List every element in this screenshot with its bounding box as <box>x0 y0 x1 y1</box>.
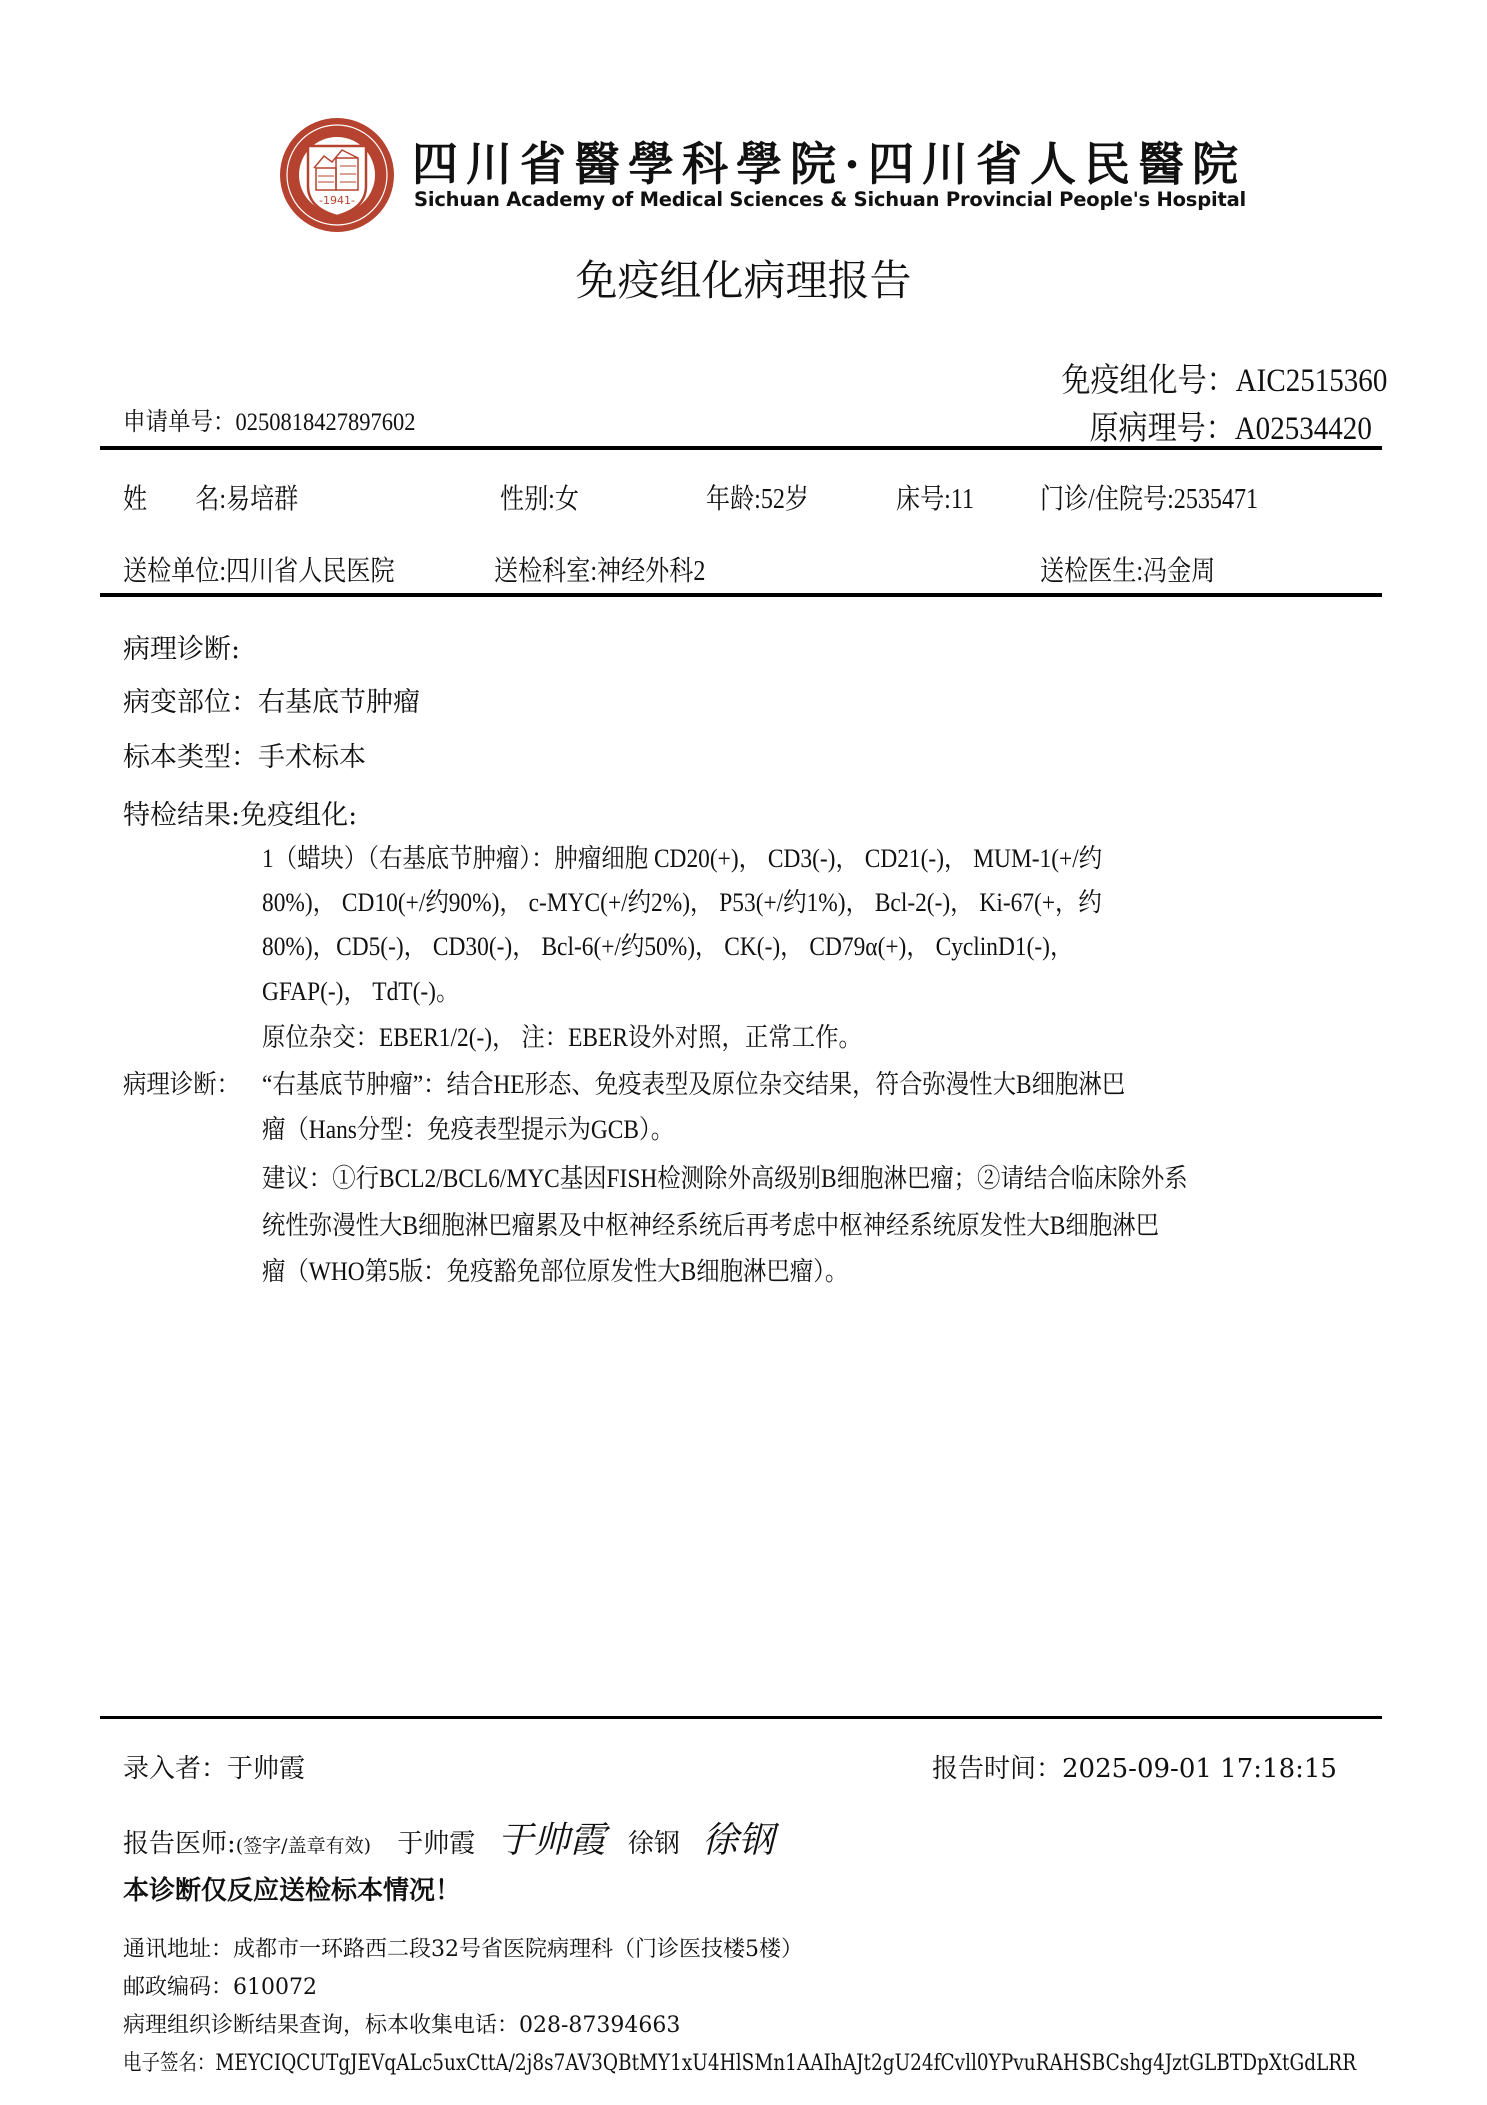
report-time: 2025-09-01 17:18:15 <box>1062 1754 1337 1784</box>
entered-by-label: 录入者： <box>123 1754 227 1784</box>
divider <box>100 446 1382 450</box>
lesion-site: 右基底节肿瘤 <box>258 687 420 718</box>
ihc-number: 免疫组化号：AIC2515360 <box>1061 354 1387 401</box>
reporting-doctor-field: 报告医师:(签字/盖章有效) 于帅霞 于帅霞 徐钢 徐钢 <box>123 1812 774 1863</box>
submitting-dept-field: 送检科室:神经外科2 <box>494 549 705 589</box>
specimen-type-field: 标本类型：手术标本 <box>123 735 366 774</box>
ihc-result-line: 1（蜡块）（右基底节肿瘤）：肿瘤细胞 CD20(+)， CD3(-)， CD21… <box>262 838 1102 875</box>
pathology-diagnosis-line: 瘤（Hans分型：免疫表型提示为GCB）。 <box>262 1109 674 1146</box>
svg-text:-1941-: -1941- <box>319 194 355 207</box>
dept-label: 送检科室: <box>494 556 597 587</box>
patient-name-field: 姓 名:易培群 <box>123 477 298 517</box>
handwritten-signature-1: 于帅霞 <box>498 1820 606 1861</box>
ihc-result-line: GFAP(-)， TdT(-)。 <box>262 971 459 1008</box>
divider <box>100 593 1382 597</box>
patient-name-label: 姓 名: <box>123 484 226 515</box>
special-test-value: 免疫组化: <box>240 800 357 831</box>
handwritten-signature-2: 徐钢 <box>702 1820 774 1861</box>
patient-age: 52岁 <box>761 484 809 515</box>
specimen-type: 手术标本 <box>258 742 366 773</box>
divider <box>100 1716 1382 1719</box>
patient-name: 易培群 <box>226 484 298 515</box>
admission-label: 门诊/住院号: <box>1040 484 1174 515</box>
entered-by: 于帅霞 <box>227 1754 305 1784</box>
contact-address: 通讯地址：成都市一环路西二段32号省医院病理科（门诊医技楼5楼） <box>123 1932 803 1963</box>
pathology-diagnosis-label: 病理诊断： <box>123 1064 240 1101</box>
entered-by-field: 录入者：于帅霞 <box>123 1748 305 1785</box>
lesion-site-field: 病变部位：右基底节肿瘤 <box>123 680 420 719</box>
age-label: 年龄: <box>706 484 761 515</box>
in-situ-hybridization-result: 原位杂交：EBER1/2(-)， 注：EBER设外对照，正常工作。 <box>262 1017 862 1054</box>
advice-line: 建议：①行BCL2/BCL6/MYC基因FISH检测除外高级别B细胞淋巴瘤；②请… <box>262 1158 1188 1195</box>
lesion-site-label: 病变部位： <box>123 687 258 718</box>
submitting-dept: 神经外科2 <box>597 556 705 587</box>
reporting-doctor-2: 徐钢 <box>628 1829 680 1859</box>
special-test-label: 特检结果: <box>123 800 240 831</box>
disclaimer: 本诊断仅反应送检标本情况！ <box>123 1870 461 1907</box>
unit-label: 送检单位: <box>123 556 226 587</box>
report-title: 免疫组化病理报告 <box>0 248 1487 308</box>
electronic-signature: 电子签名：MEYCIQCUTgJEVqALc5uxCttA/2j8s7AV3QB… <box>123 2046 1356 2077</box>
advice-line: 统性弥漫性大B细胞淋巴瘤累及中枢神经系统后再考虑中枢神经系统原发性大B细胞淋巴 <box>262 1205 1159 1242</box>
original-pathology-number: 原病理号：A02534420 <box>1090 402 1372 449</box>
organization-name-chinese: 四川省醫學科學院·四川省人民醫院 <box>412 128 1246 194</box>
ihc-result-line: 80%)，CD5(-)， CD30(-)， Bcl-6(+/约50%)， CK(… <box>262 926 1073 963</box>
hospital-emblem-logo: -1941- <box>278 116 396 234</box>
specimen-type-label: 标本类型： <box>123 742 258 773</box>
patient-sex: 女 <box>555 484 579 515</box>
reporting-doctor-1: 于帅霞 <box>397 1829 475 1859</box>
report-time-label: 报告时间： <box>932 1754 1062 1784</box>
request-number: 申请单号：0250818427897602 <box>123 402 416 438</box>
pathology-diagnosis-line: “右基底节肿瘤”：结合HE形态、免疫表型及原位杂交结果，符合弥漫性大B细胞淋巴 <box>262 1064 1125 1101</box>
organization-name-english: Sichuan Academy of Medical Sciences & Si… <box>414 188 1246 211</box>
bed-label: 床号: <box>896 484 951 515</box>
reporting-doctor-label: 报告医师: <box>123 1829 236 1859</box>
patient-sex-field: 性别:女 <box>500 477 579 517</box>
doctor-label: 送检医生: <box>1040 556 1143 587</box>
ihc-result-line: 80%)， CD10(+/约90%)， c-MYC(+/约2%)， P53(+/… <box>262 882 1102 919</box>
report-time-field: 报告时间：2025-09-01 17:18:15 <box>932 1748 1337 1785</box>
submitting-doctor: 冯金周 <box>1143 556 1215 587</box>
postcode: 邮政编码：610072 <box>123 1970 317 2001</box>
diagnosis-heading: 病理诊断: <box>123 627 240 666</box>
inquiry-phone: 病理组织诊断结果查询，标本收集电话：028-87394663 <box>123 2008 680 2039</box>
submitting-doctor-field: 送检医生:冯金周 <box>1040 549 1215 589</box>
admission-number-field: 门诊/住院号:2535471 <box>1040 477 1258 517</box>
advice-line: 瘤（WHO第5版：免疫豁免部位原发性大B细胞淋巴瘤）。 <box>262 1251 848 1288</box>
submitting-unit: 四川省人民医院 <box>226 556 395 587</box>
submitting-unit-field: 送检单位:四川省人民医院 <box>123 549 395 589</box>
admission-number: 2535471 <box>1174 484 1258 515</box>
sex-label: 性别: <box>500 484 555 515</box>
signature-note: (签字/盖章有效) <box>236 1835 371 1857</box>
bed-number: 11 <box>951 484 974 515</box>
special-test-field: 特检结果:免疫组化: <box>123 793 357 832</box>
bed-number-field: 床号:11 <box>896 477 974 517</box>
patient-age-field: 年龄:52岁 <box>706 477 809 517</box>
